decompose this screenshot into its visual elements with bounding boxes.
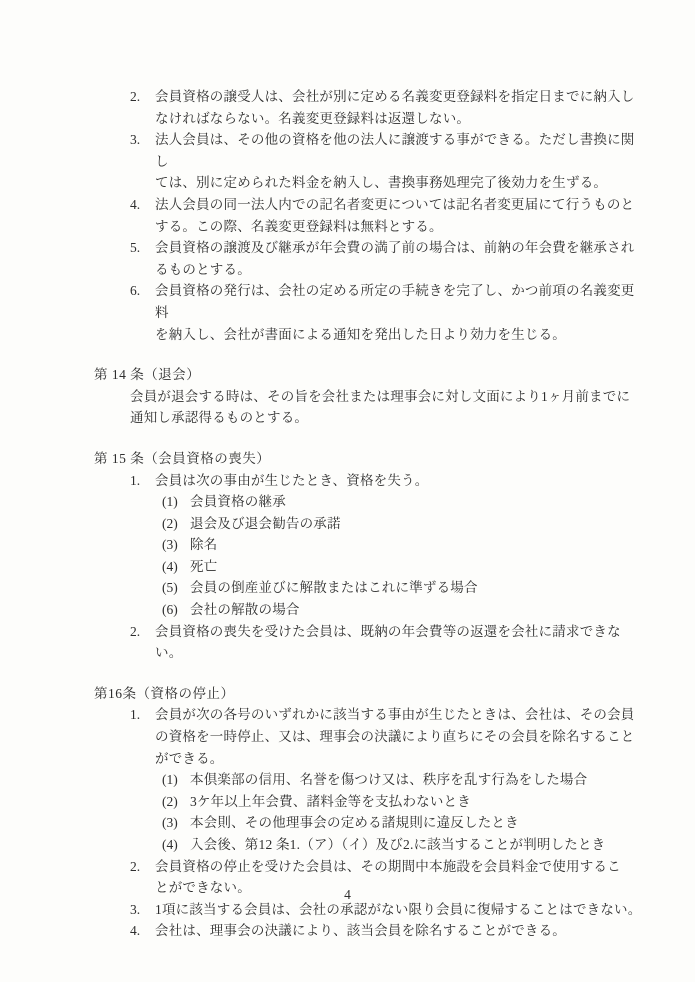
sub-item-number: (2) [162,791,190,813]
sub-item-number: (4) [162,556,190,578]
sub-item-number: (5) [162,577,190,599]
sub-item-number: (3) [162,534,190,556]
continuation-list: 2. 会員資格の譲受人は、会社が別に定める名義変更登録料を指定日までに納入し な… [94,86,646,345]
item-text: 会員は次の事由が生じたとき、資格を失う。 [155,470,646,492]
sub-list-item: (2) 3ケ年以上年会費、諸料金等を支払わないとき [94,791,646,813]
sub-item-number: (1) [162,491,190,513]
item-text: 会員が次の各号のいずれかに該当する事由が生じたときは、会社は、その会員 の資格を… [155,704,646,769]
sub-item-text: 死亡 [190,556,646,578]
sub-item-text: 会社の解散の場合 [190,599,646,621]
sub-list-item: (1) 本倶楽部の信用、名誉を傷つけ又は、秩序を乱す行為をした場合 [94,769,646,791]
item-text: 法人会員の同一法人内での記名者変更については記名者変更届にて行うものと する。こ… [155,194,646,237]
sub-list-item: (3) 除名 [94,534,646,556]
list-item: 6. 会員資格の発行は、会社の定める所定の手続きを完了し、かつ前項の名義変更料 … [94,280,646,345]
sub-item-text: 本倶楽部の信用、名誉を傷つけ又は、秩序を乱す行為をした場合 [190,769,646,791]
item-number: 2. [130,86,155,108]
article-heading: 第 15 条（会員資格の喪失） [94,448,646,470]
sub-item-text: 除名 [190,534,646,556]
sub-item-text: 入会後、第12 条1.（ア）（イ）及び2.に該当することが判明したとき [190,834,646,856]
item-number: 3. [130,129,155,151]
sub-item-number: (2) [162,513,190,535]
item-text: 会員資格の譲受人は、会社が別に定める名義変更登録料を指定日までに納入し なければ… [155,86,646,129]
sub-list-item: (4) 死亡 [94,556,646,578]
sub-list-item: (4) 入会後、第12 条1.（ア）（イ）及び2.に該当することが判明したとき [94,834,646,856]
item-number: 4. [130,194,155,216]
article-heading: 第 14 条（退会） [94,364,646,386]
sub-item-text: 退会及び退会勧告の承諾 [190,513,646,535]
sub-list-item: (1) 会員資格の継承 [94,491,646,513]
item-number: 6. [130,280,155,302]
item-text: 会員資格の譲渡及び継承が年会費の満了前の場合は、前納の年会費を継承され るものと… [155,237,646,280]
item-number: 5. [130,237,155,259]
list-item: 5. 会員資格の譲渡及び継承が年会費の満了前の場合は、前納の年会費を継承され る… [94,237,646,280]
sub-item-number: (1) [162,769,190,791]
article-15: 第 15 条（会員資格の喪失） 1. 会員は次の事由が生じたとき、資格を失う。 … [94,448,646,664]
item-text: 会員資格の喪失を受けた会員は、既納の年会費等の返還を会社に請求できない。 [155,621,646,664]
item-number: 4. [130,920,155,942]
document-body: 2. 会員資格の譲受人は、会社が別に定める名義変更登録料を指定日までに納入し な… [94,86,646,942]
sub-list-item: (3) 本会則、その他理事会の定める諸規則に違反したとき [94,812,646,834]
sub-item-number: (4) [162,834,190,856]
sub-list-item: (2) 退会及び退会勧告の承諾 [94,513,646,535]
document-page: 2. 会員資格の譲受人は、会社が別に定める名義変更登録料を指定日までに納入し な… [0,0,695,982]
list-item: 3. 法人会員は、その他の資格を他の法人に譲渡する事ができる。ただし書換に関し … [94,129,646,194]
item-text: 会社は、理事会の決議により、該当会員を除名することができる。 [155,920,646,942]
item-number: 1. [130,470,155,492]
sub-item-number: (6) [162,599,190,621]
sub-list-item: (6) 会社の解散の場合 [94,599,646,621]
sub-item-text: 本会則、その他理事会の定める諸規則に違反したとき [190,812,646,834]
item-text: 会員資格の発行は、会社の定める所定の手続きを完了し、かつ前項の名義変更料 を納入… [155,280,646,345]
item-text: 法人会員は、その他の資格を他の法人に譲渡する事ができる。ただし書換に関し ては、… [155,129,646,194]
sub-item-text: 3ケ年以上年会費、諸料金等を支払わないとき [190,791,646,813]
article-body: 会員が退会する時は、その旨を会社または理事会に対し文面により1ヶ月前までに 通知… [130,386,646,429]
list-item: 4. 会社は、理事会の決議により、該当会員を除名することができる。 [94,920,646,942]
item-number: 2. [130,621,155,643]
item-number: 1. [130,704,155,726]
list-item: 1. 会員は次の事由が生じたとき、資格を失う。 [94,470,646,492]
list-item: 1. 会員が次の各号のいずれかに該当する事由が生じたときは、会社は、その会員 の… [94,704,646,769]
sub-item-text: 会員資格の継承 [190,491,646,513]
sub-item-number: (3) [162,812,190,834]
sub-item-text: 会員の倒産並びに解散またはこれに準ずる場合 [190,577,646,599]
list-item: 2. 会員資格の譲受人は、会社が別に定める名義変更登録料を指定日までに納入し な… [94,86,646,129]
sub-list-item: (5) 会員の倒産並びに解散またはこれに準ずる場合 [94,577,646,599]
item-number: 2. [130,856,155,878]
list-item: 4. 法人会員の同一法人内での記名者変更については記名者変更届にて行うものと す… [94,194,646,237]
article-14: 第 14 条（退会） 会員が退会する時は、その旨を会社または理事会に対し文面によ… [94,364,646,429]
page-number: 4 [0,884,695,906]
list-item: 2. 会員資格の喪失を受けた会員は、既納の年会費等の返還を会社に請求できない。 [94,621,646,664]
article-heading: 第16条（資格の停止） [94,683,646,705]
